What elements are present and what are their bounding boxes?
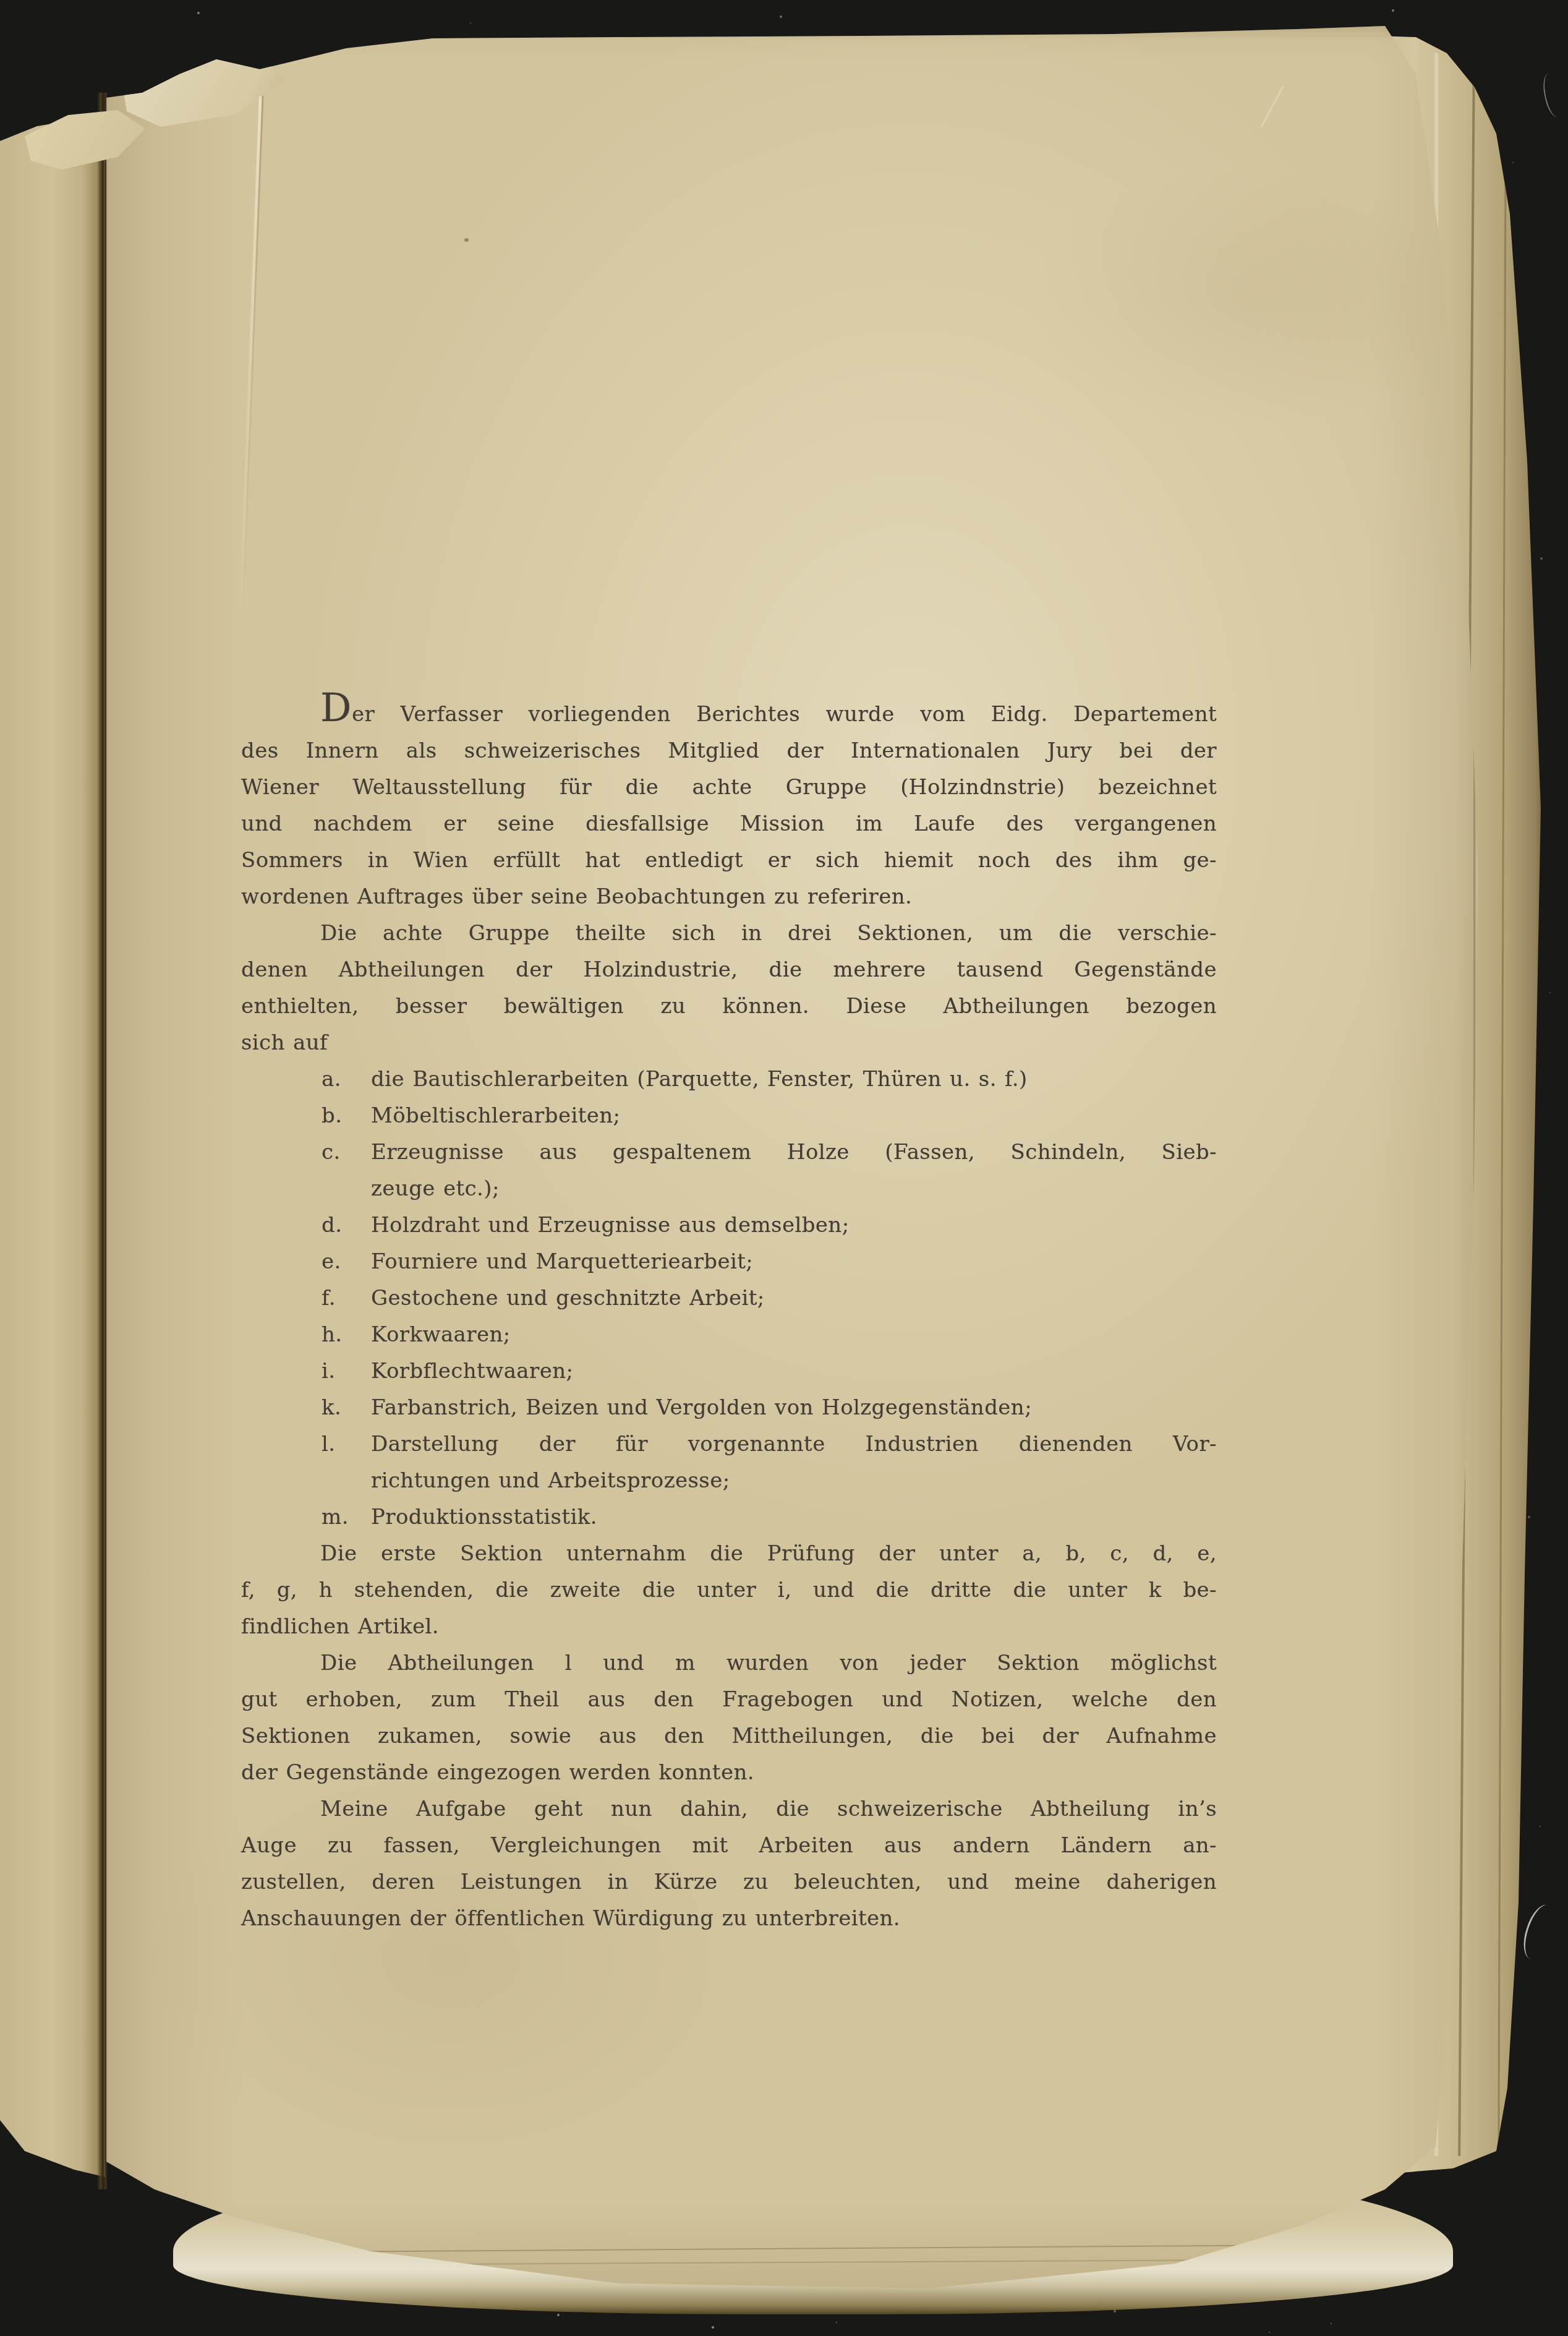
- paragraph-2: Die achte Gruppe theilte sich in drei Se…: [241, 915, 1217, 1061]
- text-line: Der Verfasser vorliegenden Berichtes wur…: [241, 696, 1217, 733]
- list-row: a. die Bautischlerarbeiten (Parquette, F…: [241, 1061, 1217, 1098]
- ink-speck: [464, 238, 469, 242]
- list-item-label: l.: [322, 1426, 335, 1463]
- list-row: c. Erzeugnisse aus gespaltenem Holze (Fa…: [241, 1134, 1217, 1171]
- list-item-text: Fourniere und Marquetteriearbeit;: [371, 1244, 1217, 1280]
- list-item-label: c.: [322, 1134, 341, 1171]
- paragraph-5: Meine Aufgabe geht nun dahin, die schwei…: [241, 1791, 1217, 1937]
- paragraph-1: Der Verfasser vorliegenden Berichtes wur…: [241, 696, 1217, 915]
- classification-list: a. die Bautischlerarbeiten (Parquette, F…: [241, 1061, 1217, 1536]
- list-item-label: m.: [322, 1499, 349, 1536]
- text-line: Die erste Sektion unternahm die Prüfung …: [241, 1536, 1217, 1572]
- text-line: des Innern als schweizerisches Mitglied …: [241, 733, 1217, 769]
- list-item-text: Korkwaaren;: [371, 1317, 1217, 1353]
- list-item-text: Darstellung der für vorgenannte Industri…: [371, 1426, 1217, 1463]
- list-item-text: Holzdraht und Erzeugnisse aus demselben;: [371, 1207, 1217, 1244]
- list-row: m. Produktionsstatistik.: [241, 1499, 1217, 1536]
- list-row: zeuge etc.);: [241, 1171, 1217, 1207]
- torn-corner-flap: [124, 56, 291, 130]
- list-item-text: zeuge etc.);: [371, 1171, 1217, 1207]
- text-line: denen Abtheilungen der Holzindustrie, di…: [241, 952, 1217, 988]
- binding-gutter-shadow: [97, 93, 108, 2189]
- list-row: b. Möbeltischlerarbeiten;: [241, 1098, 1217, 1134]
- list-item-text: die Bautischlerarbeiten (Parquette, Fens…: [371, 1061, 1217, 1098]
- paragraph-4: Die Abtheilungen l und m wurden von jede…: [241, 1645, 1217, 1791]
- text-line: findlichen Artikel.: [241, 1609, 1217, 1645]
- text-line: Meine Aufgabe geht nun dahin, die schwei…: [241, 1791, 1217, 1828]
- document-scan: Der Verfasser vorliegenden Berichtes wur…: [0, 0, 1568, 2336]
- list-item-label: i.: [322, 1353, 335, 1390]
- tear-crease: [241, 96, 263, 627]
- text-line: Die Abtheilungen l und m wurden von jede…: [241, 1645, 1217, 1682]
- text-line: gut erhoben, zum Theil aus den Frageboge…: [241, 1682, 1217, 1718]
- fiber-thread: [1518, 1901, 1561, 1964]
- list-item-label: e.: [322, 1244, 341, 1280]
- text-line: Sektionen zukamen, sowie aus den Mitthei…: [241, 1718, 1217, 1755]
- list-item-text: Möbeltischlerarbeiten;: [371, 1098, 1217, 1134]
- fiber-thread: [1540, 72, 1566, 119]
- text-line: Anschauungen der öffentlichen Würdigung …: [241, 1901, 1217, 1937]
- list-item-text: Gestochene und geschnitzte Arbeit;: [371, 1280, 1217, 1317]
- list-row: d. Holzdraht und Erzeugnisse aus demselb…: [241, 1207, 1217, 1244]
- list-item-text: Korbflechtwaaren;: [371, 1353, 1217, 1390]
- list-item-text: Produktionsstatistik.: [371, 1499, 1217, 1536]
- text-line: f, g, h stehenden, die zweite die unter …: [241, 1572, 1217, 1609]
- text-line: Wiener Weltausstellung für die achte Gru…: [241, 769, 1217, 806]
- list-row: i. Korbflechtwaaren;: [241, 1353, 1217, 1390]
- page-edge-seam: [1498, 115, 1507, 2156]
- text-line: Sommers in Wien erfüllt hat entledigt er…: [241, 842, 1217, 879]
- paragraph-3: Die erste Sektion unternahm die Prüfung …: [241, 1536, 1217, 1645]
- list-row: h. Korkwaaren;: [241, 1317, 1217, 1353]
- dust-specks: [0, 0, 1, 1]
- list-row: l. Darstellung der für vorgenannte Indus…: [241, 1426, 1217, 1463]
- scratch-mark: [1261, 86, 1284, 128]
- list-item-label: k.: [322, 1390, 341, 1426]
- text-line: zustellen, deren Leistungen in Kürze zu …: [241, 1864, 1217, 1901]
- list-item-label: d.: [322, 1207, 342, 1244]
- text-line: Die achte Gruppe theilte sich in drei Se…: [241, 915, 1217, 952]
- list-row: k. Farbanstrich, Beizen und Vergolden vo…: [241, 1390, 1217, 1426]
- text-line: sich auf: [241, 1025, 1217, 1061]
- list-row: f. Gestochene und geschnitzte Arbeit;: [241, 1280, 1217, 1317]
- adjacent-page-edge: [0, 116, 105, 2177]
- text-block: Der Verfasser vorliegenden Berichtes wur…: [241, 696, 1217, 1937]
- list-item-label: b.: [322, 1098, 342, 1134]
- list-row: richtungen und Arbeitsprozesse;: [241, 1463, 1217, 1499]
- text-line: Auge zu fassen, Vergleichungen mit Arbei…: [241, 1828, 1217, 1864]
- list-item-label: a.: [322, 1061, 341, 1098]
- list-item-label: h.: [322, 1317, 343, 1353]
- list-row: e. Fourniere und Marquetteriearbeit;: [241, 1244, 1217, 1280]
- list-item-text: richtungen und Arbeitsprozesse;: [371, 1463, 1217, 1499]
- list-item-text: Farbanstrich, Beizen und Vergolden von H…: [371, 1390, 1217, 1426]
- list-item-label: f.: [322, 1280, 336, 1317]
- list-item-text: Erzeugnisse aus gespaltenem Holze (Fasse…: [371, 1134, 1217, 1171]
- text-line: der Gegenstände eingezogen werden konnte…: [241, 1755, 1217, 1791]
- text-line: wordenen Auftrages über seine Beobachtun…: [241, 879, 1217, 915]
- text-line: und nachdem er seine diesfallsige Missio…: [241, 806, 1217, 842]
- text-line: enthielten, besser bewältigen zu können.…: [241, 988, 1217, 1025]
